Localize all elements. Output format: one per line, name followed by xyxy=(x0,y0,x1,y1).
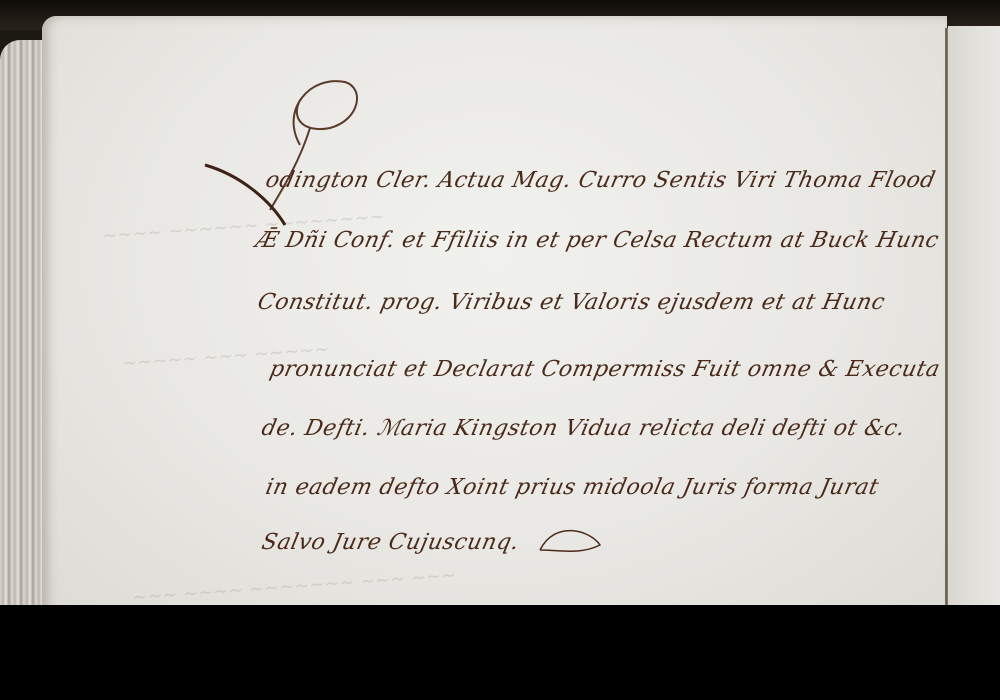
manuscript-line-5: de. Defti. ℳaria Kingston Vidua relicta … xyxy=(259,416,907,441)
manuscript-line-1: odington Cler. Actua Mag. Curro Sentis V… xyxy=(263,168,937,193)
manuscript-line-7: Salvo Jure Cujuscunq. xyxy=(259,530,521,555)
manuscript-photo: ~~~~ ~~~~~~ ~~~~~~~~ ~~~~~ ~~~ ~~~~~ ~~~… xyxy=(0,0,1000,605)
manuscript-line-3: Constitut. prog. Viribus et Valoris ejus… xyxy=(255,290,887,315)
manuscript-line-2: Ǣ Dñi Conf. et Ffiliis in et per Celsa R… xyxy=(253,228,941,253)
black-letterbox-bar xyxy=(0,605,1000,700)
manuscript-line-4: pronunciat et Declarat Compermiss Fuit o… xyxy=(267,357,942,382)
manuscript-line-6: in eadem defto Xoint prius midoola Juris… xyxy=(263,475,881,500)
